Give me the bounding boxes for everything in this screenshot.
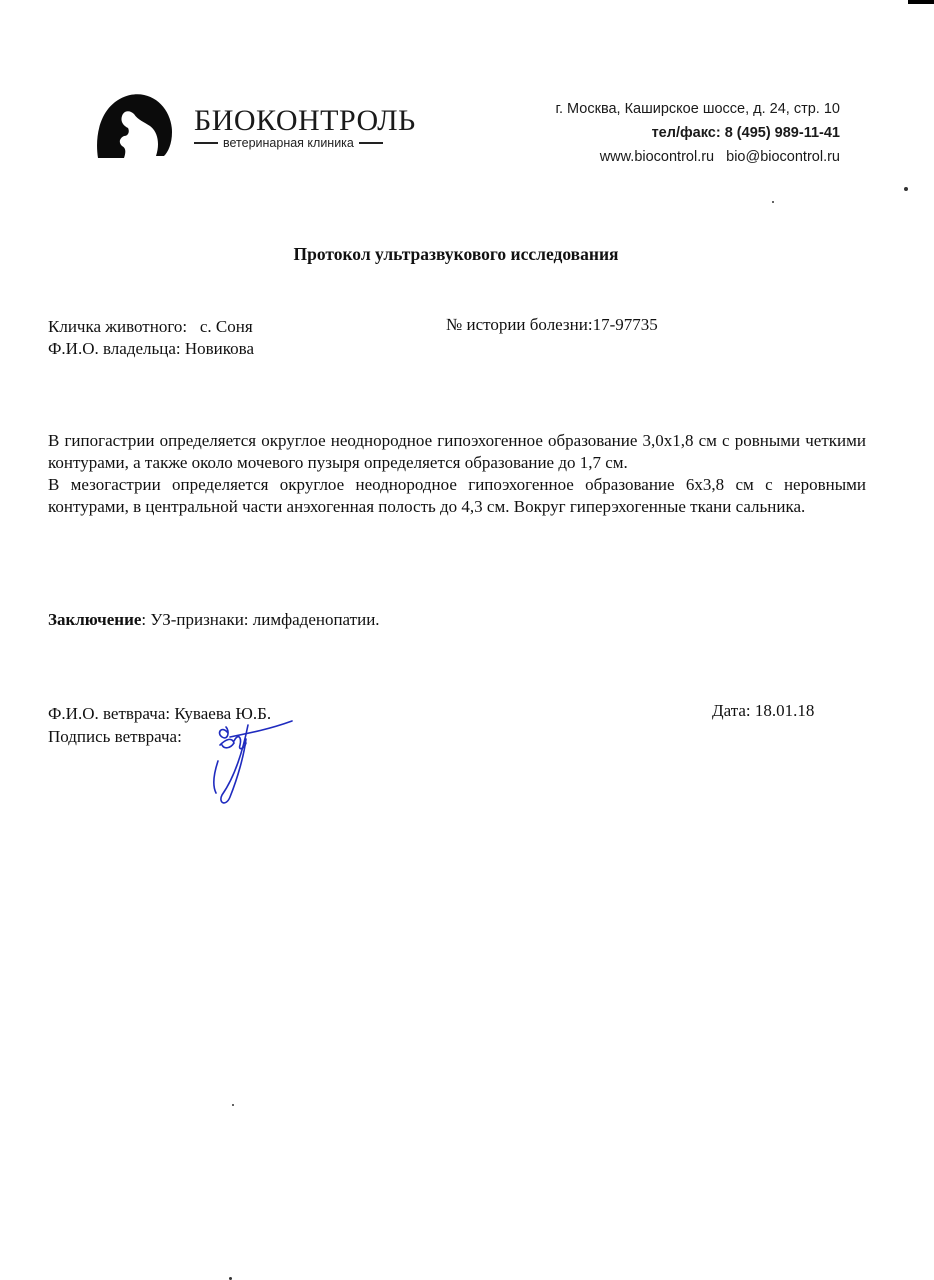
address: г. Москва, Каширское шоссе, д. 24, стр. … — [555, 97, 840, 121]
web-contacts: www.biocontrol.rubio@biocontrol.ru — [555, 145, 840, 169]
website-link[interactable]: www.biocontrol.ru — [600, 149, 726, 165]
phone: тел/факс: 8 (495) 989-11-41 — [555, 121, 840, 145]
finding-paragraph: В мезогастрии определяется округлое неод… — [48, 474, 866, 518]
brand-name: БИОКОНТРОЛЬ — [194, 106, 416, 136]
brand-subtitle-text: ветеринарная клиника — [223, 136, 354, 150]
animal-name-label: Кличка животного: — [48, 317, 187, 336]
divider — [359, 142, 383, 144]
conclusion-text: : УЗ-признаки: лимфаденопатии. — [141, 610, 379, 629]
date-field: Дата: 18.01.18 — [712, 700, 814, 721]
divider — [194, 142, 218, 144]
email-link[interactable]: bio@biocontrol.ru — [726, 149, 840, 165]
animal-name-field: Кличка животного: с. Соня — [48, 316, 253, 337]
history-number-field: № истории болезни:17-97735 — [446, 314, 658, 335]
brand-subtitle: ветеринарная клиника — [194, 136, 383, 150]
history-value: 17-97735 — [593, 315, 658, 334]
owner-value: Новикова — [185, 339, 254, 358]
scan-edge-mark — [908, 0, 934, 4]
document-title: Протокол ультразвукового исследования — [0, 244, 912, 265]
conclusion: Заключение: УЗ-признаки: лимфаденопатии. — [48, 610, 380, 630]
animal-name-value: с. Соня — [200, 317, 253, 336]
clinic-logo-icon — [94, 92, 174, 158]
history-label: № истории болезни: — [446, 315, 593, 334]
finding-paragraph: В гипогастрии определяется округлое неод… — [48, 430, 866, 474]
owner-label: Ф.И.О. владельца: — [48, 339, 181, 358]
scan-speck — [232, 1104, 234, 1106]
contact-block: г. Москва, Каширское шоссе, д. 24, стр. … — [555, 97, 840, 169]
owner-field: Ф.И.О. владельца: Новикова — [48, 338, 254, 359]
scan-speck — [904, 187, 908, 191]
date-label: Дата: — [712, 701, 751, 720]
vet-label: Ф.И.О. ветврача: — [48, 704, 170, 723]
findings-section: В гипогастрии определяется округлое неод… — [48, 430, 866, 518]
signature-icon — [200, 715, 300, 810]
scan-speck — [772, 201, 774, 203]
signature-label: Подпись ветврача: — [48, 726, 182, 747]
conclusion-label: Заключение — [48, 610, 141, 629]
date-value: 18.01.18 — [755, 701, 815, 720]
